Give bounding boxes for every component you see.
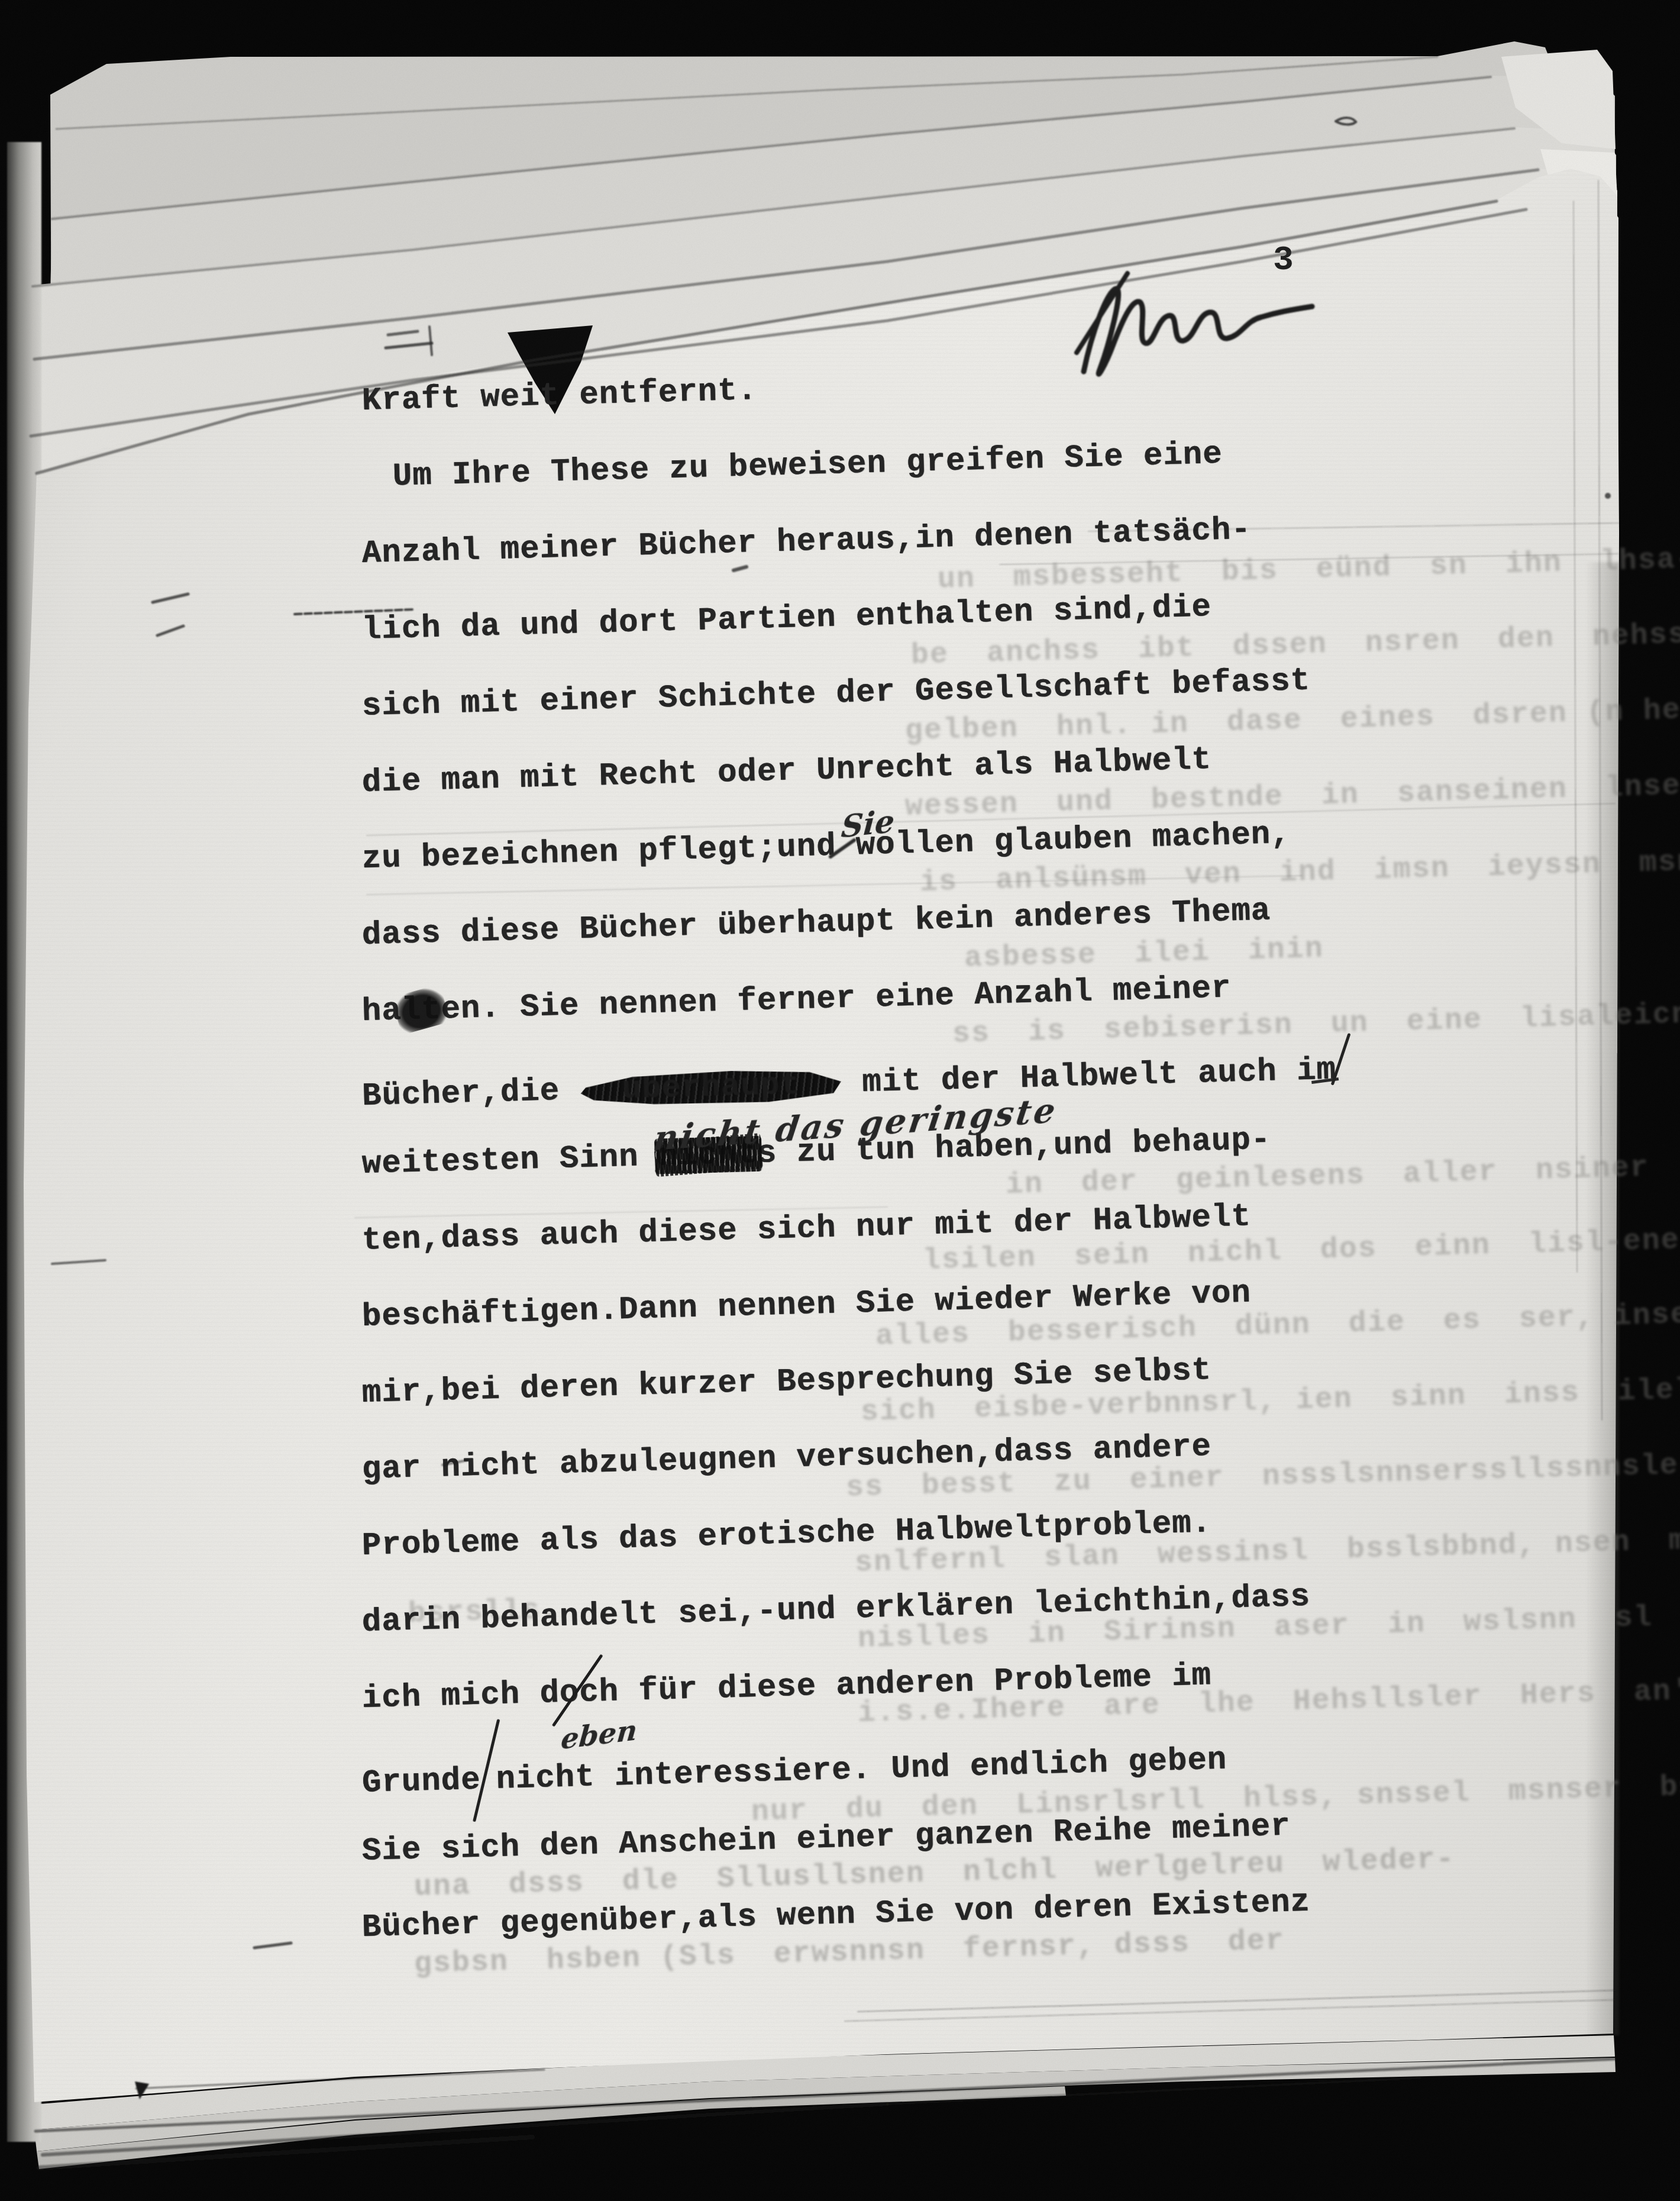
line-pre: ich mich — [361, 1676, 540, 1717]
line-pre: Grunde — [361, 1763, 481, 1802]
insertion-slash-mark — [1336, 1046, 1346, 1078]
photographed-document-scene: un msbesseht bis eünd sn ihn lhsa-s ithe… — [0, 0, 1680, 2201]
insertion-slash-mark — [480, 1756, 496, 1789]
handwritten-insertion-sie: Sie — [840, 803, 896, 845]
slashed-word: doch — [539, 1676, 619, 1711]
overtyped-blot: lt — [401, 994, 441, 1027]
line-pre: Bücher,die — [361, 1073, 580, 1115]
page-number: 3 — [1273, 241, 1294, 280]
